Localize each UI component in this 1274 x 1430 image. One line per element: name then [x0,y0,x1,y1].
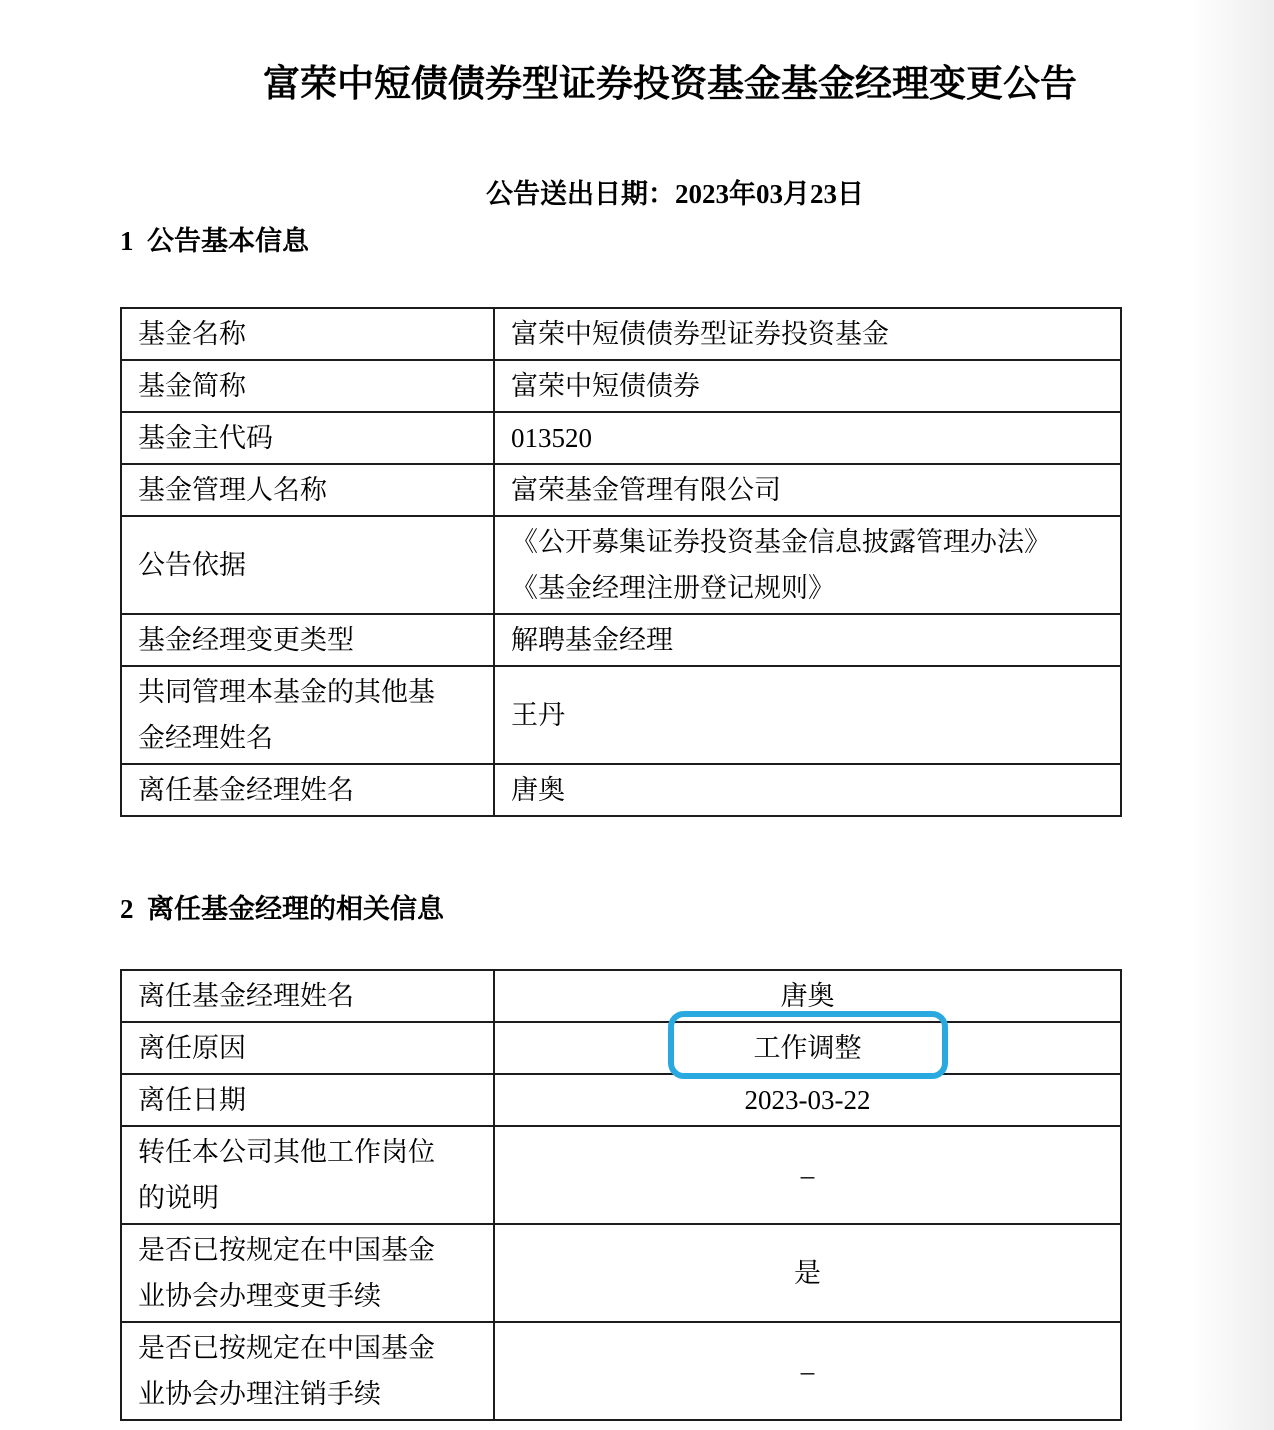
table-row: 基金管理人名称富荣基金管理有限公司 [121,464,1121,516]
table-row: 转任本公司其他工作岗位的说明– [121,1126,1121,1224]
row-value: 富荣中短债债券 [494,360,1121,412]
row-value: 富荣基金管理有限公司 [494,464,1121,516]
row-value-text: 是 [794,1258,821,1288]
row-value-text: 富荣基金管理有限公司 [511,475,781,505]
row-value: – [494,1322,1121,1420]
row-value-text: 唐奥 [781,981,835,1011]
row-value-text: 王丹 [511,700,565,730]
row-label: 是否已按规定在中国基金业协会办理变更手续 [121,1224,494,1322]
row-label: 转任本公司其他工作岗位的说明 [121,1126,494,1224]
row-value-text: 富荣中短债债券 [511,371,700,401]
row-value-text: – [801,1356,815,1386]
row-label: 基金管理人名称 [121,464,494,516]
row-label: 离任日期 [121,1074,494,1126]
table-row: 基金经理变更类型解聘基金经理 [121,614,1121,666]
row-value: 2023-03-22 [494,1074,1121,1126]
row-value: 唐奥 [494,764,1121,816]
table-row: 共同管理本基金的其他基金经理姓名王丹 [121,666,1121,764]
row-value-line: 《公开募集证券投资基金信息披露管理办法》 [511,519,1120,565]
announcement-document: 富荣中短债债券型证券投资基金基金经理变更公告 公告送出日期：2023年03月23… [0,0,1274,1430]
table-row: 离任基金经理姓名唐奥 [121,970,1121,1022]
row-label: 基金简称 [121,360,494,412]
row-label: 离任基金经理姓名 [121,764,494,816]
row-value-text: 工作调整 [754,1033,862,1063]
table-row: 离任日期2023-03-22 [121,1074,1121,1126]
row-label: 是否已按规定在中国基金业协会办理注销手续 [121,1322,494,1420]
row-value: 013520 [494,412,1121,464]
table-row: 基金主代码013520 [121,412,1121,464]
table-row: 基金简称富荣中短债债券 [121,360,1121,412]
table-row: 是否已按规定在中国基金业协会办理变更手续是 [121,1224,1121,1322]
row-value: 是 [494,1224,1121,1322]
row-value-text: 013520 [511,423,592,453]
row-label: 离任基金经理姓名 [121,970,494,1022]
basic-info-table: 基金名称富荣中短债债券型证券投资基金基金简称富荣中短债债券基金主代码013520… [120,307,1122,817]
row-value: 《公开募集证券投资基金信息披露管理办法》《基金经理注册登记规则》 [494,516,1121,614]
row-value: 解聘基金经理 [494,614,1121,666]
row-value-text: – [801,1160,815,1190]
section2-heading: 2 离任基金经理的相关信息 [120,894,1274,925]
row-value-line: 《基金经理注册登记规则》 [511,565,1120,611]
table-row: 是否已按规定在中国基金业协会办理注销手续– [121,1322,1121,1420]
row-value-text: 富荣中短债债券型证券投资基金 [511,319,889,349]
row-label: 离任原因 [121,1022,494,1074]
row-value-text: 2023-03-22 [745,1085,871,1115]
row-value: – [494,1126,1121,1224]
table-row: 公告依据《公开募集证券投资基金信息披露管理办法》《基金经理注册登记规则》 [121,516,1121,614]
row-label: 基金主代码 [121,412,494,464]
row-label: 共同管理本基金的其他基金经理姓名 [121,666,494,764]
row-label: 基金经理变更类型 [121,614,494,666]
departing-manager-info-table: 离任基金经理姓名唐奥离任原因工作调整离任日期2023-03-22转任本公司其他工… [120,969,1122,1421]
page-title: 富荣中短债债券型证券投资基金基金经理变更公告 [0,0,1274,108]
page-edge-shadow [1189,0,1274,1430]
row-label: 公告依据 [121,516,494,614]
row-value: 唐奥 [494,970,1121,1022]
row-value: 王丹 [494,666,1121,764]
row-label: 基金名称 [121,308,494,360]
row-value: 工作调整 [494,1022,1121,1074]
table-row: 基金名称富荣中短债债券型证券投资基金 [121,308,1121,360]
section1-heading: 1 公告基本信息 [120,226,1274,257]
row-value-text: 解聘基金经理 [511,625,673,655]
announcement-sent-date: 公告送出日期：2023年03月23日 [0,179,1274,210]
table-row: 离任基金经理姓名唐奥 [121,764,1121,816]
row-value: 富荣中短债债券型证券投资基金 [494,308,1121,360]
row-value-text: 唐奥 [511,775,565,805]
table-row: 离任原因工作调整 [121,1022,1121,1074]
